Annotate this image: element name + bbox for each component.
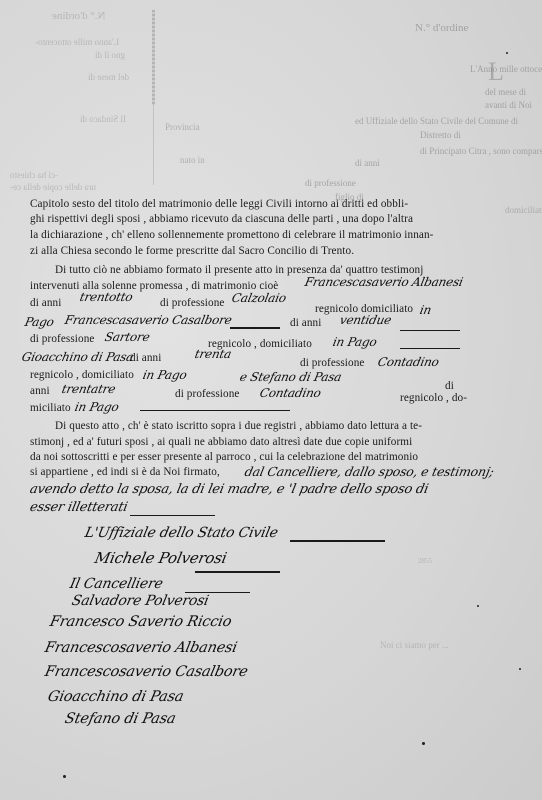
witness1-age: trentotto bbox=[79, 290, 134, 304]
fill-line bbox=[140, 410, 290, 411]
ghost-right-line: del mese di bbox=[485, 87, 526, 97]
label-age: di anni bbox=[290, 317, 321, 329]
ghost-left-line: del mese di bbox=[88, 72, 129, 82]
fill-line bbox=[230, 327, 280, 329]
signature-witness: Francescosaverio Albanesi bbox=[43, 640, 238, 656]
label-di: di bbox=[445, 380, 454, 392]
ghost-right-heading: N.° d'ordine bbox=[415, 22, 468, 34]
ghost-left-heading: N.° d'ordine bbox=[52, 10, 105, 22]
signature-chancellor: Salvadore Polverosi bbox=[70, 593, 210, 609]
printed-line: si appartiene , ed indi si è da Noi firm… bbox=[30, 466, 220, 478]
ghost-right-line: avanti di Noi bbox=[485, 100, 532, 110]
witness4-age: trentatre bbox=[61, 382, 117, 396]
printed-line: la dichiarazione , ch' elleno sollenneme… bbox=[30, 229, 433, 241]
printed-line: ghi rispettivi degli sposi , abbiamo ric… bbox=[30, 213, 413, 225]
label-age: di anni bbox=[30, 297, 61, 309]
ghost-right-line: di Principato Citra , sono comparsi nell… bbox=[420, 146, 542, 156]
signature-flourish bbox=[195, 571, 280, 573]
signature-witness: Francesco Saverio Riccio bbox=[48, 614, 233, 630]
closing-handwritten: avendo detto la sposa, la di lei madre, … bbox=[28, 482, 429, 497]
ghost-right-line: di professione bbox=[305, 178, 356, 188]
printed-line: Di questo atto , ch' è stato iscritto so… bbox=[55, 420, 422, 432]
closing-handwritten: esser illetterati bbox=[28, 500, 129, 515]
label-age: di anni bbox=[130, 352, 161, 364]
signature-officer-title: L'Uffiziale dello Stato Civile bbox=[83, 525, 279, 541]
witness4-residence: in Pago bbox=[74, 400, 121, 414]
binding-fold bbox=[152, 10, 155, 105]
printed-line: Capitolo sesto del titolo del matrimonio… bbox=[30, 198, 408, 210]
document-page: N.° d'ordine L'anno mille ottocento- gno… bbox=[0, 0, 542, 800]
ghost-left-line: Il Sindaco di bbox=[80, 114, 126, 124]
label-age: anni bbox=[30, 385, 50, 397]
ink-speck bbox=[477, 605, 479, 607]
witness2-age: ventidue bbox=[339, 313, 393, 327]
label-residence: regnicolo , do- bbox=[400, 392, 467, 404]
witness3-age: trenta bbox=[194, 347, 233, 361]
printed-line: stimonj , ed a' futuri sposi , ai quali … bbox=[30, 436, 412, 448]
label-profession: di professione bbox=[30, 333, 94, 345]
label-profession: di professione bbox=[175, 388, 239, 400]
ink-speck bbox=[519, 668, 521, 670]
ghost-right-line: L'Anno mille ottocento venti .. bbox=[470, 64, 542, 74]
fill-line bbox=[400, 330, 460, 331]
label-profession: di professione bbox=[300, 357, 364, 369]
binding-fold-lower bbox=[153, 105, 154, 185]
witness1-profession: Calzolaio bbox=[231, 291, 288, 305]
label-residence-cont: miciliato bbox=[30, 402, 71, 414]
witness2-profession: Sartore bbox=[104, 330, 152, 344]
ghost-lower-line: Noi ci siamo per ... bbox=[380, 640, 449, 650]
ghost-right-line: di anni bbox=[355, 158, 380, 168]
witness1-name: Francescasaverio Albanesi bbox=[304, 275, 465, 289]
ghost-left-line: -ci ha chiesto bbox=[10, 170, 58, 180]
ghost-left-line: L'anno mille ottocento- bbox=[35, 37, 119, 47]
signature-witness: Stefano di Pasa bbox=[63, 711, 177, 727]
ghost-right-line: domiciliato bbox=[505, 205, 542, 215]
witness4-profession: Contadino bbox=[259, 386, 323, 400]
witness1-town: Pago bbox=[24, 315, 56, 329]
witness2-residence: in Pago bbox=[332, 335, 379, 349]
printed-line: da noi sottoscritti e per esser presente… bbox=[30, 451, 418, 463]
label-residence: regnicolo , domiciliato bbox=[30, 369, 134, 381]
witness1-residence: in bbox=[419, 303, 433, 317]
ink-speck bbox=[63, 775, 66, 778]
witness3-profession: Contadino bbox=[377, 355, 441, 369]
ink-speck bbox=[422, 742, 425, 745]
fill-line bbox=[130, 515, 215, 516]
witness4-name: e Stefano di Pasa bbox=[239, 370, 343, 384]
signature-chancellor-title: Il Cancelliere bbox=[68, 576, 164, 592]
signature-witness: Francescosaverio Casalbore bbox=[43, 664, 249, 680]
ghost-right-line: ed Uffiziale dello Stato Civile del Comu… bbox=[355, 116, 518, 126]
ink-speck bbox=[506, 52, 508, 54]
signature-witness: Gioacchino di Pasa bbox=[46, 689, 185, 705]
ghost-number: 2855 bbox=[418, 557, 432, 565]
witness3-name: Gioacchino di Pasa bbox=[21, 350, 135, 364]
ghost-right-line: Provincia bbox=[165, 122, 200, 132]
ghost-left-line: gno il dì bbox=[95, 50, 125, 60]
ghost-right-line: Distretto di bbox=[420, 130, 461, 140]
witness3-residence: in Pago bbox=[142, 368, 189, 382]
ghost-right-line: nato in bbox=[180, 155, 205, 165]
witness2-name: Francescasaverio Casalbore bbox=[64, 313, 234, 327]
fill-line bbox=[400, 348, 460, 349]
signature-officer: Michele Polverosi bbox=[93, 549, 228, 567]
closing-handwritten: dal Cancelliere, dallo sposo, e testimon… bbox=[243, 464, 495, 479]
ghost-left-line: ura delle copie della ce- bbox=[10, 182, 96, 192]
printed-line: zi alla Chiesa secondo le forme prescrit… bbox=[30, 245, 354, 257]
label-profession: di professione bbox=[160, 297, 224, 309]
signature-rule bbox=[290, 540, 385, 542]
